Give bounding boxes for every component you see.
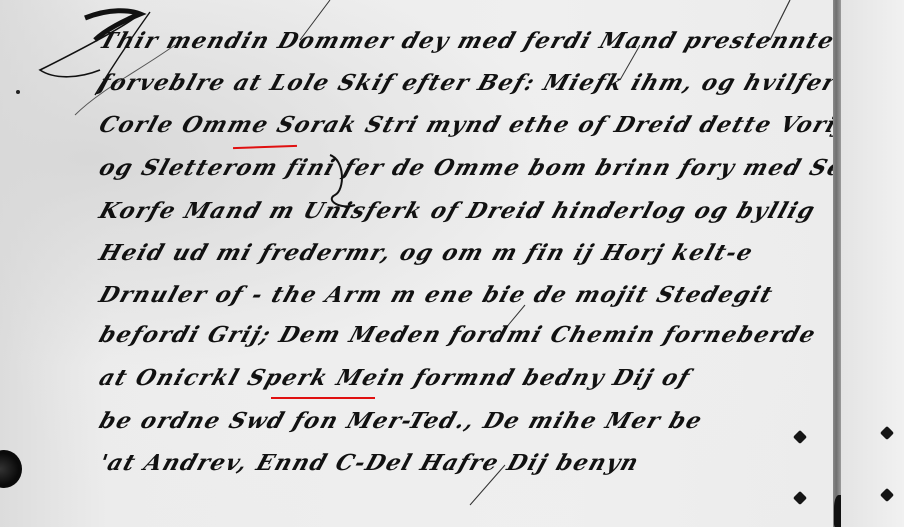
manuscript-line-3: Corle Omme Sorak Stri mynd ethe of Dreid… — [96, 112, 850, 138]
manuscript-page: Thir mendin Dommer dey med ferdi Mand pr… — [0, 0, 904, 527]
binding-gutter — [833, 0, 841, 527]
manuscript-line-4: og Sletterom fini fer de Omme bom brinn … — [96, 155, 904, 181]
manuscript-line-2: forveblre at Lole Skif efter Bef: Miefk … — [96, 70, 840, 96]
manuscript-line-10: be ordne Swd fon Mer-Ted., De mihe Mer b… — [96, 408, 707, 434]
manuscript-line-8: befordi Grij; Dem Meden fordmi Chemin fo… — [96, 322, 820, 348]
red-underline-annotation-2 — [271, 397, 375, 399]
ink-speck — [16, 90, 20, 94]
manuscript-line-6: Heid ud mi fredermr, og om m fin ij Horj… — [96, 240, 757, 266]
manuscript-line-11: 'at Andrev, Ennd C-Del Hafre Dij benyn — [96, 450, 643, 476]
manuscript-line-1: Thir mendin Dommer dey med ferdi Mand pr… — [96, 28, 896, 54]
manuscript-line-9: at Onicrkl Sperk Mein formnd bedny Dij o… — [96, 365, 694, 391]
manuscript-line-5: Korfe Mand m Unisferk of Dreid hinderlog… — [96, 198, 820, 224]
facing-page-edge — [841, 0, 904, 527]
manuscript-line-7: Drnuler of - the Arm m ene bie de mojit … — [96, 282, 777, 308]
